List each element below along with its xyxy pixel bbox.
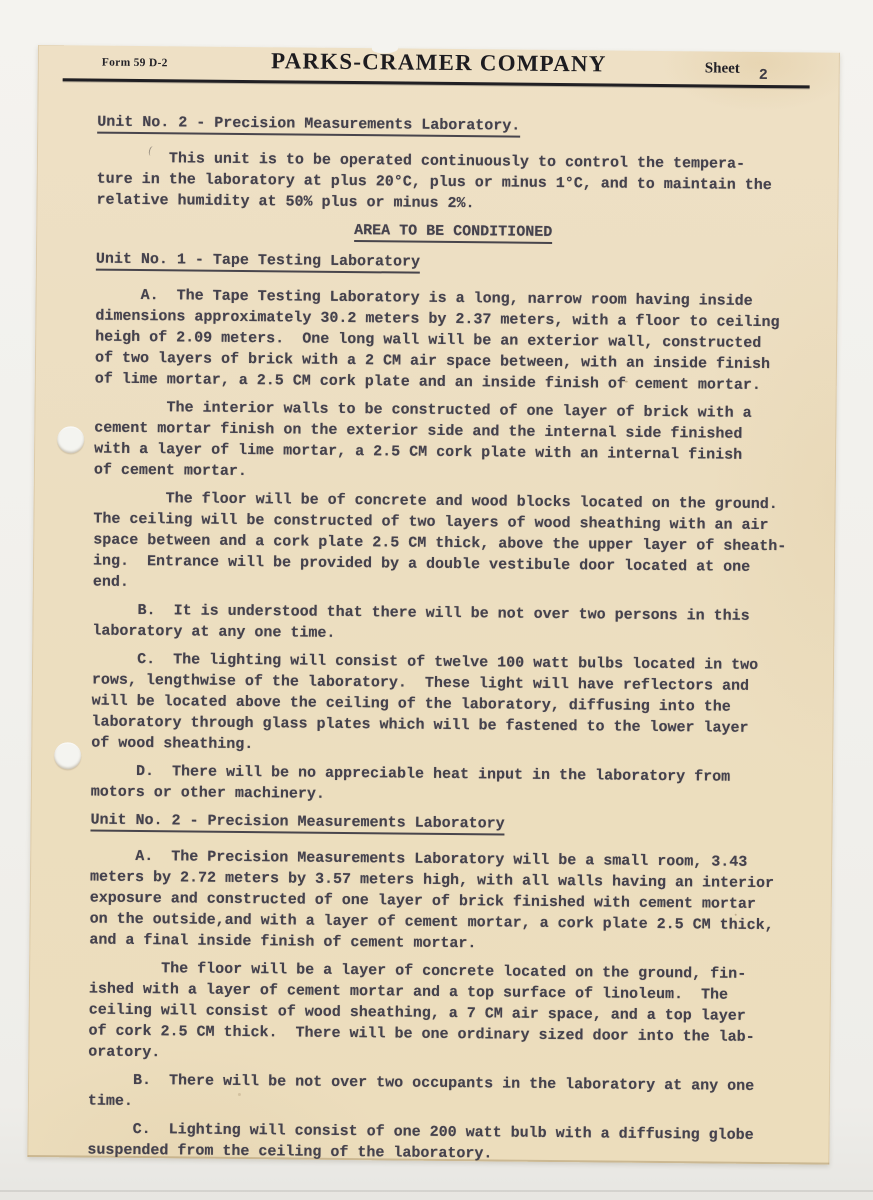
header-rule xyxy=(63,78,810,88)
page-header: Form 59 D-2 PARKS-CRAMER COMPANY Sheet 2 xyxy=(38,45,840,93)
section-heading-text: Unit No. 2 - Precision Measurements Labo… xyxy=(90,812,504,836)
typed-paragraph-unit1-a: A. The Tape Testing Laboratory is a long… xyxy=(95,285,810,397)
section-heading-area-conditioned: AREA TO BE CONDITIONED xyxy=(96,218,810,246)
typed-paragraph-unit1-floor-ceiling: The floor will be of concrete and wood b… xyxy=(93,488,808,600)
sheet-number: 2 xyxy=(759,67,768,84)
typed-paragraph-unit1-d: D. There will be no appreciable heat inp… xyxy=(91,761,805,810)
typed-paragraph-unit1-c: C. The lighting will consist of twelve 1… xyxy=(91,649,806,761)
section-heading-unit2-intro: Unit No. 2 - Precision Measurements Labo… xyxy=(97,112,811,140)
punch-hole-top xyxy=(57,426,84,453)
typed-document-body: Unit No. 2 - Precision Measurements Labo… xyxy=(87,106,811,1175)
section-heading-text: AREA TO BE CONDITIONED xyxy=(354,222,552,244)
typed-paragraph-unit1-b: B. It is understood that there will be n… xyxy=(92,600,806,649)
typed-paragraph-unit2-floor-ceiling: The floor will be a layer of concrete lo… xyxy=(88,958,803,1070)
punch-hole-bottom xyxy=(54,742,81,769)
document-page: Form 59 D-2 PARKS-CRAMER COMPANY Sheet 2… xyxy=(27,45,840,1165)
sheet-label: Sheet xyxy=(705,60,740,77)
section-heading-text: Unit No. 2 - Precision Measurements Labo… xyxy=(97,114,520,138)
typed-paragraph-unit2-a: A. The Precision Measurements Laboratory… xyxy=(89,846,804,958)
section-heading-unit1: Unit No. 1 - Tape Testing Laboratory xyxy=(96,249,810,277)
typed-paragraph-unit2-c: C. Lighting will consist of one 200 watt… xyxy=(87,1119,801,1168)
section-heading-unit2: Unit No. 2 - Precision Measurements Labo… xyxy=(90,810,804,838)
typed-paragraph-unit2-b: B. There will be not over two occupants … xyxy=(88,1070,802,1119)
typed-paragraph-unit1-interior-walls: The interior walls to be constructed of … xyxy=(94,397,809,488)
scanner-background: Form 59 D-2 PARKS-CRAMER COMPANY Sheet 2… xyxy=(0,0,873,1200)
typed-paragraph-unit2-operation: This unit is to be operated continuously… xyxy=(96,148,811,218)
section-heading-text: Unit No. 1 - Tape Testing Laboratory xyxy=(96,251,420,274)
